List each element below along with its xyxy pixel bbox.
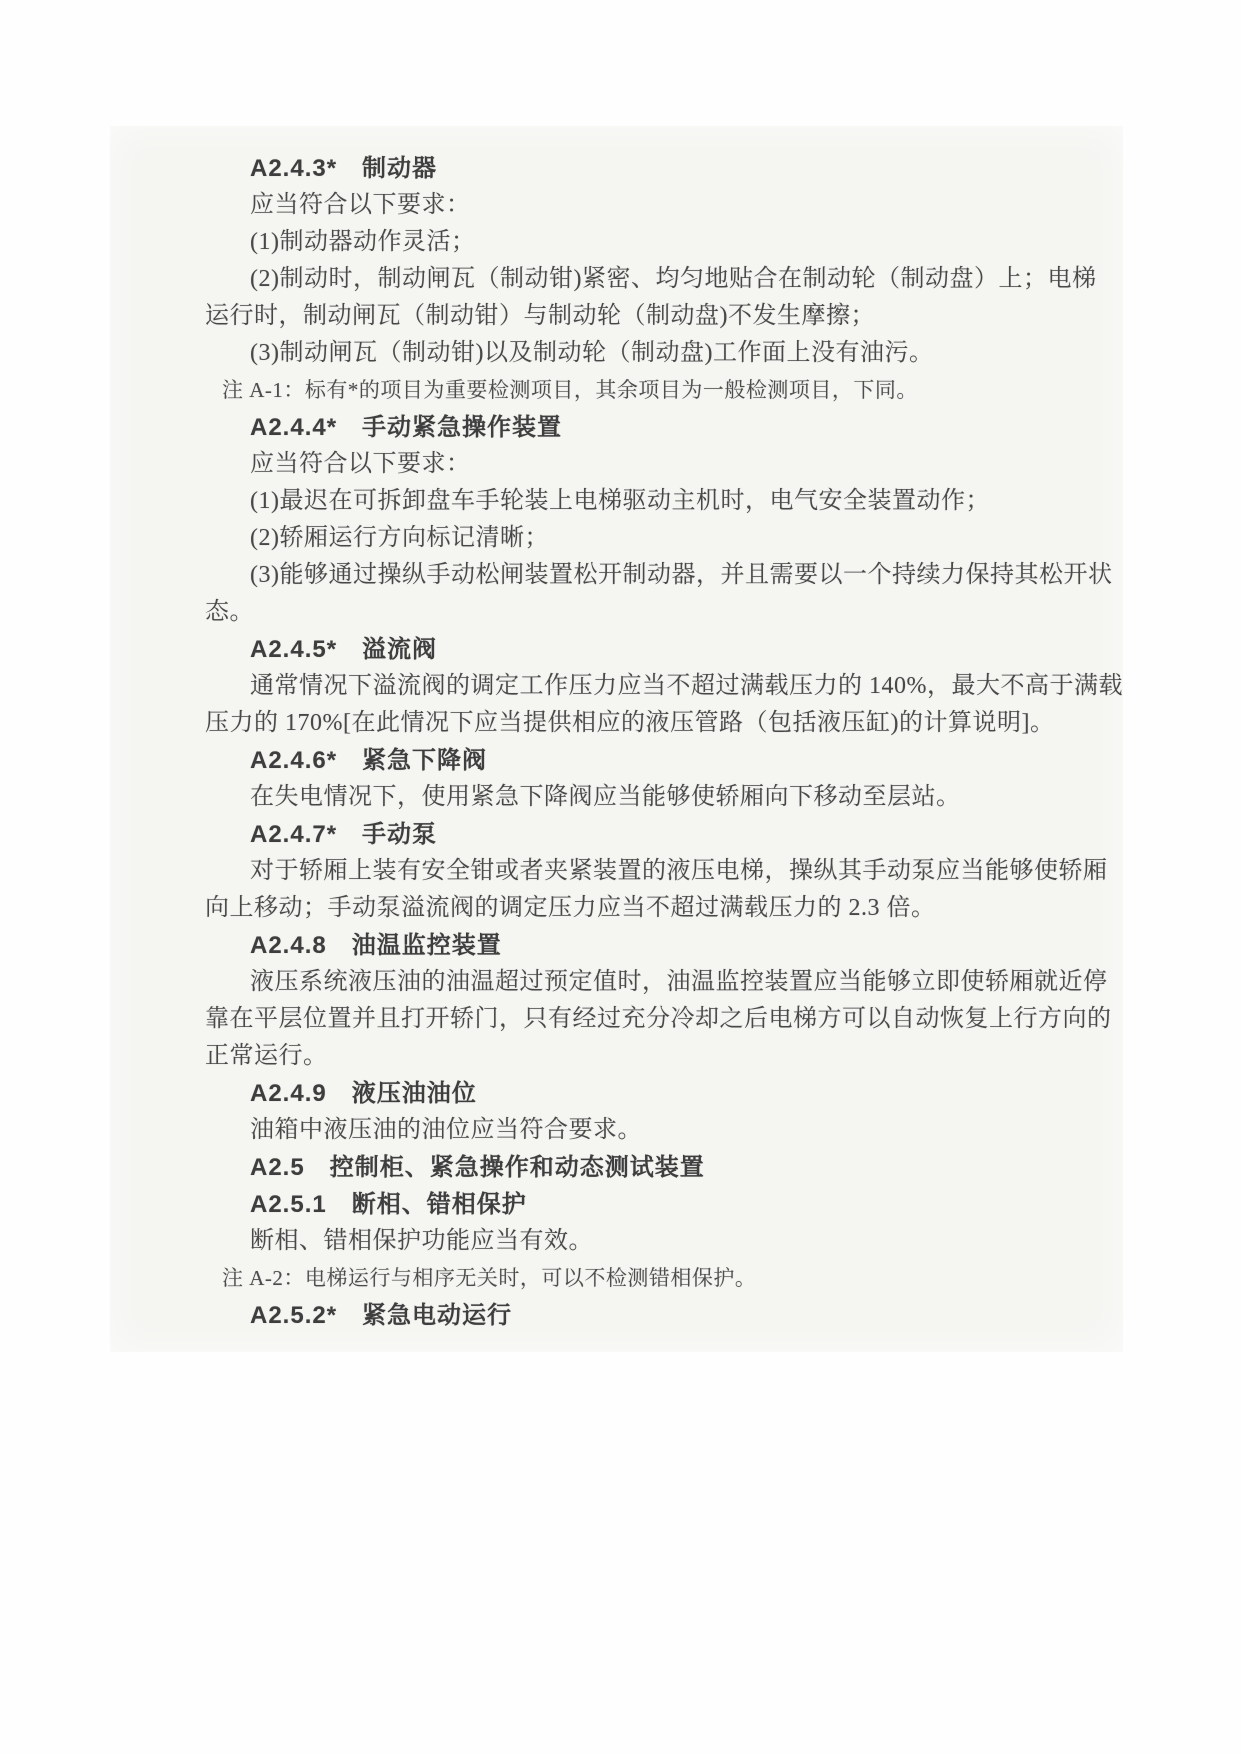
section-heading: A2.5 控制柜、紧急操作和动态测试装置 (250, 1149, 1085, 1186)
text-line: (2)制动时，制动闸瓦（制动钳)紧密、均匀地贴合在制动轮（制动盘）上；电梯 (250, 261, 1085, 298)
text-line: 态。 (205, 594, 1085, 631)
section-heading: A2.5.2* 紧急电动运行 (250, 1297, 1085, 1334)
text-line: 应当符合以下要求： (250, 187, 1085, 224)
section-heading: A2.4.5* 溢流阀 (250, 631, 1085, 668)
text-line: (3)能够通过操纵手动松闸装置松开制动器，并且需要以一个持续力保持其松开状 (250, 557, 1085, 594)
section-heading: A2.4.6* 紧急下降阀 (250, 742, 1085, 779)
document-text-block: A2.4.3* 制动器 应当符合以下要求： (1)制动器动作灵活； (2)制动时… (205, 150, 1085, 1334)
section-heading: A2.4.7* 手动泵 (250, 816, 1085, 853)
text-line: (1)制动器动作灵活； (250, 224, 1085, 261)
text-line: 液压系统液压油的油温超过预定值时，油温监控装置应当能够立即使轿厢就近停 (250, 964, 1085, 1001)
text-line: 正常运行。 (205, 1038, 1085, 1075)
section-heading: A2.4.4* 手动紧急操作装置 (250, 409, 1085, 446)
note-line: 注 A-2：电梯运行与相序无关时，可以不检测错相保护。 (222, 1260, 1085, 1297)
text-line: 断相、错相保护功能应当有效。 (250, 1223, 1085, 1260)
text-line: 向上移动；手动泵溢流阀的调定压力应当不超过满载压力的 2.3 倍。 (205, 890, 1085, 927)
text-line: (1)最迟在可拆卸盘车手轮装上电梯驱动主机时，电气安全装置动作； (250, 483, 1085, 520)
text-line: 对于轿厢上装有安全钳或者夹紧装置的液压电梯，操纵其手动泵应当能够使轿厢 (250, 853, 1085, 890)
section-heading: A2.4.8 油温监控装置 (250, 927, 1085, 964)
text-line: 压力的 170%[在此情况下应当提供相应的液压管路（包括液压缸)的计算说明]。 (205, 705, 1085, 742)
document-page: A2.4.3* 制动器 应当符合以下要求： (1)制动器动作灵活； (2)制动时… (0, 0, 1241, 1754)
text-line: 通常情况下溢流阀的调定工作压力应当不超过满载压力的 140%，最大不高于满载 (250, 668, 1085, 705)
text-line: (3)制动闸瓦（制动钳)以及制动轮（制动盘)工作面上没有油污。 (250, 335, 1085, 372)
note-line: 注 A-1：标有*的项目为重要检测项目，其余项目为一般检测项目，下同。 (222, 372, 1085, 409)
section-heading: A2.4.3* 制动器 (250, 150, 1085, 187)
section-heading: A2.5.1 断相、错相保护 (250, 1186, 1085, 1223)
text-line: 油箱中液压油的油位应当符合要求。 (250, 1112, 1085, 1149)
text-line: (2)轿厢运行方向标记清晰； (250, 520, 1085, 557)
section-heading: A2.4.9 液压油油位 (250, 1075, 1085, 1112)
text-line: 运行时，制动闸瓦（制动钳）与制动轮（制动盘)不发生摩擦； (205, 298, 1085, 335)
text-line: 在失电情况下，使用紧急下降阀应当能够使轿厢向下移动至层站。 (250, 779, 1085, 816)
text-line: 应当符合以下要求： (250, 446, 1085, 483)
text-line: 靠在平层位置并且打开轿门，只有经过充分冷却之后电梯方可以自动恢复上行方向的 (205, 1001, 1085, 1038)
